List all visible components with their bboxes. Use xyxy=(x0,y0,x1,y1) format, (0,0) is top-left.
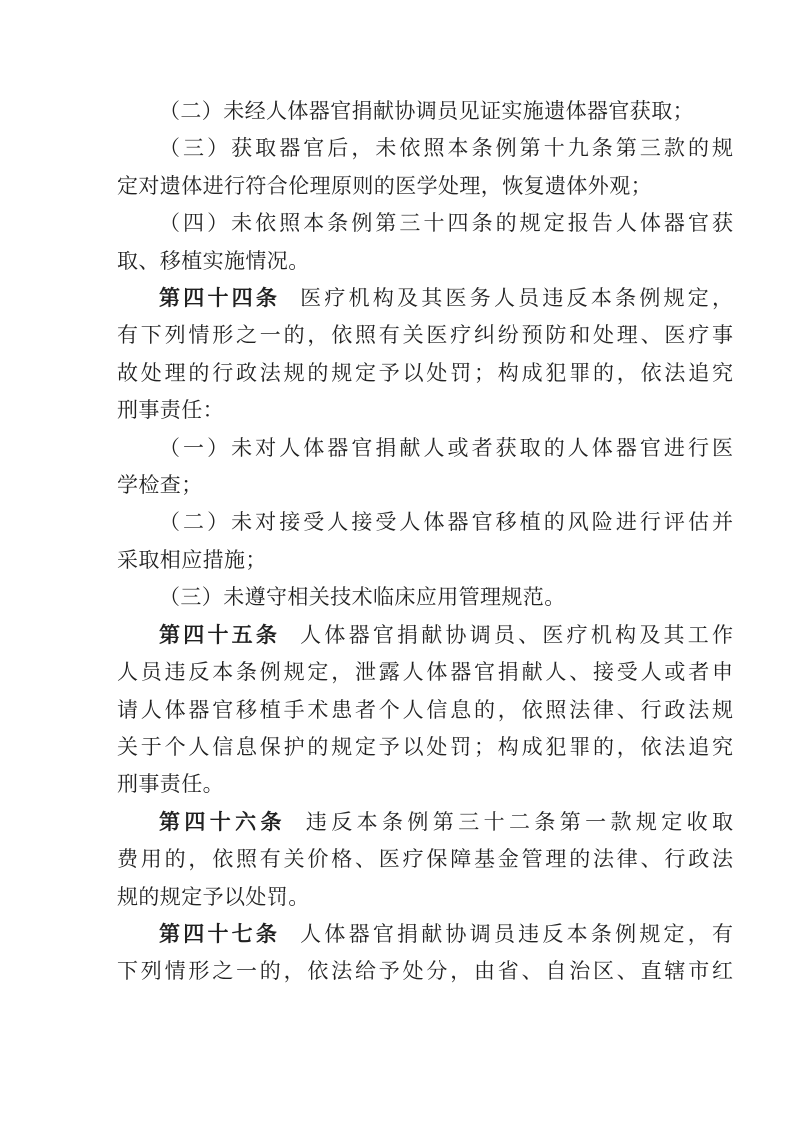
line-text: 请人体器官移植手术患者个人信息的，依照法律、行政法规 xyxy=(117,698,733,722)
line-text: 学检查； xyxy=(117,473,203,497)
text-line: （一）未对人体器官捐献人或者获取的人体器官进行医 xyxy=(117,430,733,467)
line-text: 人体器官捐献协调员、医疗机构及其工作 xyxy=(300,623,733,647)
text-line-article-start: 第四十七条人体器官捐献协调员违反本条例规定，有 xyxy=(117,916,733,953)
text-line: 定对遗体进行符合伦理原则的医学处理，恢复遗体外观； xyxy=(117,168,733,205)
line-text: （二）未对接受人接受人体器官移植的风险进行评估并 xyxy=(159,510,733,534)
line-text: 规的规定予以处罚。 xyxy=(117,885,310,909)
text-line: 关于个人信息保护的规定予以处罚；构成犯罪的，依法追究 xyxy=(117,729,733,766)
text-line: 取、移植实施情况。 xyxy=(117,243,733,280)
line-text: 刑事责任。 xyxy=(117,772,224,796)
article-number: 第四十七条 xyxy=(159,922,280,946)
text-line: 请人体器官移植手术患者个人信息的，依照法律、行政法规 xyxy=(117,692,733,729)
text-line: （四）未依照本条例第三十四条的规定报告人体器官获 xyxy=(117,205,733,242)
line-text: 下列情形之一的，依法给予处分，由省、自治区、直辖市红 xyxy=(117,959,733,983)
line-text: （二）未经人体器官捐献协调员见证实施遗体器官获取； xyxy=(159,99,694,123)
text-line: 刑事责任。 xyxy=(117,766,733,803)
text-line: （二）未经人体器官捐献协调员见证实施遗体器官获取； xyxy=(117,93,733,130)
line-text: 刑事责任： xyxy=(117,398,224,422)
text-line: 人员违反本条例规定，泄露人体器官捐献人、接受人或者申 xyxy=(117,654,733,691)
article-number: 第四十四条 xyxy=(159,286,280,310)
text-line: 下列情形之一的，依法给予处分，由省、自治区、直辖市红 xyxy=(117,953,733,990)
document-page: （二）未经人体器官捐献协调员见证实施遗体器官获取； （三）获取器官后，未依照本条… xyxy=(0,0,793,1122)
text-line: （三）未遵守相关技术临床应用管理规范。 xyxy=(117,579,733,616)
text-line-article-start: 第四十五条人体器官捐献协调员、医疗机构及其工作 xyxy=(117,617,733,654)
document-text-block: （二）未经人体器官捐献协调员见证实施遗体器官获取； （三）获取器官后，未依照本条… xyxy=(117,93,733,991)
line-text: 取、移植实施情况。 xyxy=(117,249,310,273)
line-text: （一）未对人体器官捐献人或者获取的人体器官进行医 xyxy=(159,436,733,460)
line-text: 违反本条例第三十二条第一款规定收取 xyxy=(306,810,733,834)
text-line-article-start: 第四十六条违反本条例第三十二条第一款规定收取 xyxy=(117,804,733,841)
text-line: 故处理的行政法规的规定予以处罚；构成犯罪的，依法追究 xyxy=(117,355,733,392)
line-text: 关于个人信息保护的规定予以处罚；构成犯罪的，依法追究 xyxy=(117,735,733,759)
text-line: 采取相应措施； xyxy=(117,542,733,579)
article-number: 第四十五条 xyxy=(159,623,280,647)
line-text: （四）未依照本条例第三十四条的规定报告人体器官获 xyxy=(159,211,733,235)
line-text: 定对遗体进行符合伦理原则的医学处理，恢复遗体外观； xyxy=(117,174,652,198)
line-text: （三）未遵守相关技术临床应用管理规范。 xyxy=(159,585,566,609)
text-line: 学检查； xyxy=(117,467,733,504)
line-text: 人员违反本条例规定，泄露人体器官捐献人、接受人或者申 xyxy=(117,660,733,684)
line-text: （三）获取器官后，未依照本条例第十九条第三款的规 xyxy=(159,136,733,160)
text-line: （三）获取器官后，未依照本条例第十九条第三款的规 xyxy=(117,130,733,167)
text-line: 费用的，依照有关价格、医疗保障基金管理的法律、行政法 xyxy=(117,841,733,878)
text-line: 刑事责任： xyxy=(117,392,733,429)
text-line: 有下列情形之一的，依照有关医疗纠纷预防和处理、医疗事 xyxy=(117,317,733,354)
line-text: 采取相应措施； xyxy=(117,548,267,572)
line-text: 人体器官捐献协调员违反本条例规定，有 xyxy=(300,922,733,946)
line-text: 医疗机构及其医务人员违反本条例规定， xyxy=(300,286,733,310)
line-text: 费用的，依照有关价格、医疗保障基金管理的法律、行政法 xyxy=(117,847,733,871)
line-text: 有下列情形之一的，依照有关医疗纠纷预防和处理、医疗事 xyxy=(117,323,733,347)
line-text: 故处理的行政法规的规定予以处罚；构成犯罪的，依法追究 xyxy=(117,361,733,385)
article-number: 第四十六条 xyxy=(159,810,286,834)
text-line: （二）未对接受人接受人体器官移植的风险进行评估并 xyxy=(117,504,733,541)
text-line: 规的规定予以处罚。 xyxy=(117,879,733,916)
text-line-article-start: 第四十四条医疗机构及其医务人员违反本条例规定， xyxy=(117,280,733,317)
